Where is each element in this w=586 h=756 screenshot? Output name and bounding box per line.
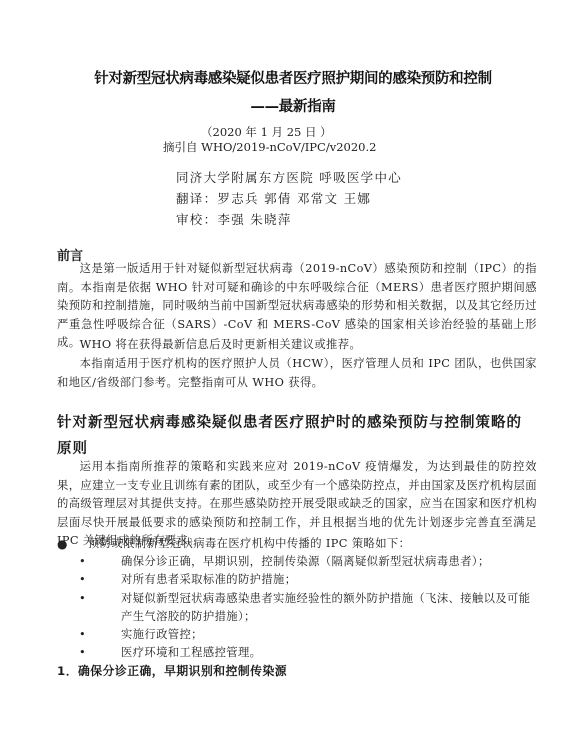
list-item-text: 医疗环境和工程感控管理。 <box>121 644 261 662</box>
list-item-text: 预防或限制新型冠状病毒在医疗机构中传播的 IPC 策略如下： <box>88 535 410 553</box>
source-citation: 摘引自 WHO/2019-nCoV/IPC/v2020.2 <box>163 139 376 155</box>
affiliation: 同济大学附属东方医院 呼吸医学中心 <box>176 168 402 186</box>
list-item: ● 预防或限制新型冠状病毒在医疗机构中传播的 IPC 策略如下： <box>57 535 537 553</box>
bullet-icon: • <box>79 571 121 589</box>
list-item: • 医疗环境和工程感控管理。 <box>79 644 537 662</box>
reviewers: 审校：李强 朱晓萍 <box>176 210 292 228</box>
preface-paragraph-2: WHO 将在获得最新信息后及时更新相关建议或推荐。 <box>57 336 537 355</box>
document-page: 针对新型冠状病毒感染疑似患者医疗照护期间的感染预防和控制 ——最新指南 （202… <box>0 0 586 756</box>
bullet-icon: • <box>79 626 121 644</box>
publication-date: （2020 年 1 月 25 日 ） <box>201 124 332 140</box>
list-item-text: 对所有患者采取标准的防护措施； <box>121 571 296 589</box>
ipc-strategy-list: ● 预防或限制新型冠状病毒在医疗机构中传播的 IPC 策略如下： • 确保分诊正… <box>57 535 537 662</box>
translators: 翻译：罗志兵 郭倩 邓常文 王娜 <box>176 189 371 207</box>
bullet-icon: • <box>79 644 121 662</box>
list-item: • 对所有患者采取标准的防护措施； <box>79 571 537 589</box>
document-title: 针对新型冠状病毒感染疑似患者医疗照护期间的感染预防和控制 <box>0 67 586 88</box>
list-item: • 确保分诊正确，早期识别，控制传染源（隔离疑似新型冠状病毒患者）； <box>79 553 537 571</box>
section-1-heading: 1．确保分诊正确，早期识别和控制传染源 <box>57 662 287 679</box>
sub-list: • 确保分诊正确，早期识别，控制传染源（隔离疑似新型冠状病毒患者）； • 对所有… <box>79 553 537 662</box>
principles-heading: 针对新型冠状病毒感染疑似患者医疗照护时的感染预防与控制策略的原则 <box>57 410 537 462</box>
document-subtitle: ——最新指南 <box>0 95 586 116</box>
list-item-text: 对疑似新型冠状病毒感染患者实施经验性的额外防护措施（飞沫、接触以及可能产生气溶胶… <box>121 590 537 626</box>
list-item-text: 实施行政管控； <box>121 626 203 644</box>
bullet-icon: • <box>79 553 121 571</box>
list-item-text: 确保分诊正确，早期识别，控制传染源（隔离疑似新型冠状病毒患者）； <box>121 553 490 571</box>
list-item: • 对疑似新型冠状病毒感染患者实施经验性的额外防护措施（飞沫、接触以及可能产生气… <box>79 590 537 626</box>
list-item: • 实施行政管控； <box>79 626 537 644</box>
bullet-icon: ● <box>57 535 88 553</box>
bullet-icon: • <box>79 590 121 626</box>
preface-paragraph-3: 本指南适用于医疗机构的医疗照护人员（HCW），医疗管理人员和 IPC 团队，也供… <box>57 355 537 392</box>
